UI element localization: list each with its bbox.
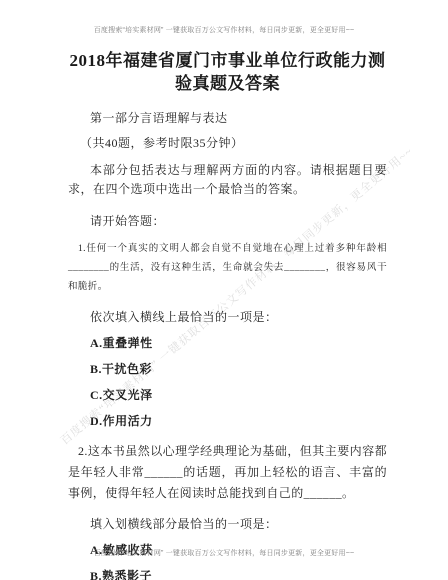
question-2-prompt: 填入划横线部分最恰当的一项是： — [68, 517, 387, 531]
question-1-prompt: 依次填入横线上最恰当的一项是： — [68, 310, 387, 324]
header-promo-note: 百度搜索“培实素材网” 一键获取百万公文写作材料，每日同步更新，更全更好用~~ — [0, 25, 448, 35]
question-1-option-c: C.交叉光泽 — [90, 389, 387, 402]
document-content: 2018年福建省厦门市事业单位行政能力测验真题及答案 第一部分言语理解与表达 （… — [68, 50, 387, 580]
section-heading: 第一部分言语理解与表达 — [68, 111, 387, 125]
question-1: 1.任何一个真实的文明人都会自觉不自觉地在心理上过着多种年龄相________的… — [68, 240, 387, 428]
section-meta: （共40题，参考时限35分钟） — [68, 136, 387, 150]
question-1-option-a: A.重叠弹性 — [90, 337, 387, 350]
section-intro: 本部分包括表达与理解两方面的内容。请根据题目要求，在四个选项中选出一个最恰当的答… — [68, 161, 387, 200]
footer-promo-note: 百度搜索“培实素材网” 一键获取百万公文写作材料，每日同步更新，更全更好用~~ — [0, 548, 448, 558]
start-prompt: 请开始答题： — [68, 214, 387, 228]
page-title: 2018年福建省厦门市事业单位行政能力测验真题及答案 — [68, 50, 387, 96]
document-page: 百度搜索“培实素材网” 一键获取百万公文写作材料，每日同步更新，更全更好用~~ … — [0, 0, 448, 580]
question-2-stem: 2.这本书虽然以心理学经典理论为基础，但其主要内容都是年轻人非常______的话… — [68, 441, 387, 504]
question-2-option-b: B.熟悉影子 — [90, 570, 387, 580]
question-1-option-d: D.作用活力 — [90, 415, 387, 428]
question-1-option-b: B.干扰色彩 — [90, 363, 387, 376]
question-1-stem: 1.任何一个真实的文明人都会自觉不自觉地在心理上过着多种年龄相________的… — [68, 240, 387, 297]
question-2: 2.这本书虽然以心理学经典理论为基础，但其主要内容都是年轻人非常______的话… — [68, 441, 387, 580]
